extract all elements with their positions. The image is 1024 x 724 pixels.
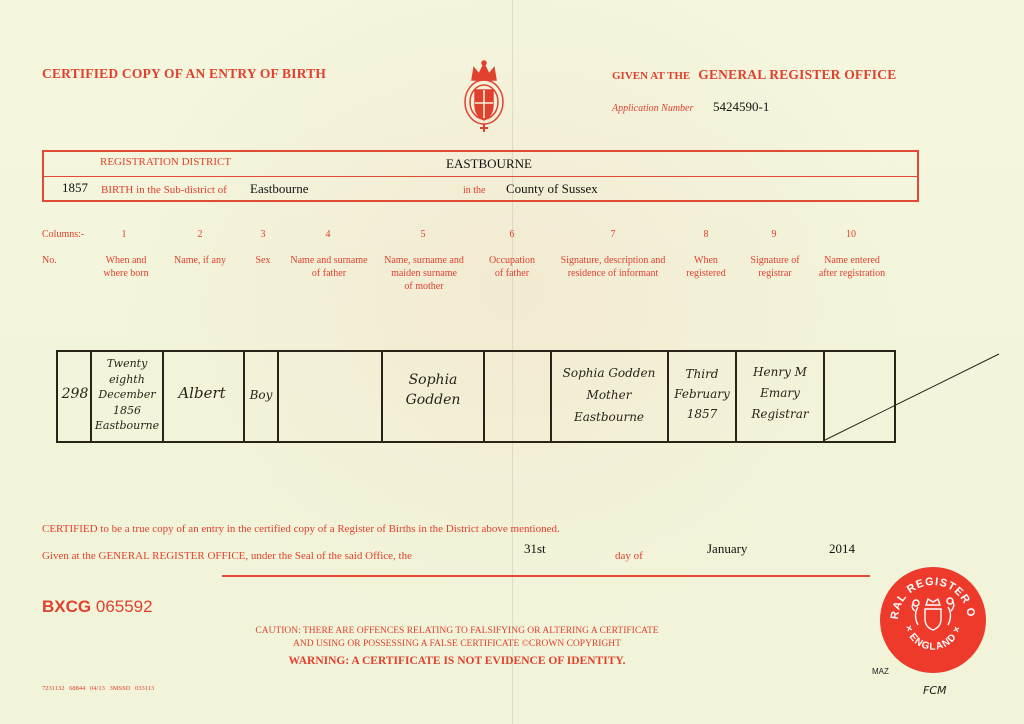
column-header-name: Name, if any — [162, 254, 238, 267]
given-at-line: GIVEN AT THE GENERAL REGISTER OFFICE — [612, 66, 896, 84]
column-header-informant: Signature, description and residence of … — [553, 254, 673, 280]
entry-sex: Boy — [244, 388, 278, 403]
signature-rule — [222, 575, 870, 577]
column-number-3: 3 — [253, 229, 273, 240]
serial-digits: 065592 — [96, 597, 153, 616]
column-header-when-registered: When registered — [676, 254, 736, 280]
column-number-1: 1 — [114, 229, 134, 240]
svg-text:GENERAL REGISTER OFFICE: GENERAL REGISTER OFFICE — [880, 567, 977, 620]
print-code: 7231132 68844 04/13 3MSSD 033113 — [42, 685, 154, 692]
column-number-5: 5 — [413, 229, 433, 240]
general-register-office-seal: GENERAL REGISTER OFFICE × ENGLAND × — [880, 567, 986, 673]
column-header-when-where-born: When and where born — [90, 254, 162, 280]
county-value: County of Sussex — [506, 181, 598, 197]
entry-registrar: Henry M Emary Registrar — [736, 362, 824, 425]
column-number-7: 7 — [603, 229, 623, 240]
certification-day: 31st — [524, 541, 546, 557]
office-name: GENERAL REGISTER OFFICE — [698, 67, 896, 82]
column-number-8: 8 — [696, 229, 716, 240]
entry-number: 298 — [58, 387, 92, 402]
entry-when-registered: Third February 1857 — [668, 364, 736, 424]
identity-warning: WARNING: A CERTIFICATE IS NOT EVIDENCE O… — [222, 655, 692, 667]
certification-year: 2014 — [829, 541, 855, 557]
royal-crest-icon — [462, 60, 506, 141]
initials-maz: MAZ — [872, 667, 889, 676]
district-value: EASTBOURNE — [446, 156, 532, 172]
column-header-name-after: Name entered after registration — [808, 254, 896, 280]
entry-informant: Sophia Godden Mother Eastbourne — [551, 362, 667, 428]
column-header-registrar: Signature of registrar — [738, 254, 812, 280]
subdistrict-value: Eastbourne — [250, 181, 308, 197]
column-header-occupation: Occupation of father — [480, 254, 544, 280]
column-number-2: 2 — [190, 229, 210, 240]
certification-month: January — [707, 541, 747, 557]
application-number: 5424590-1 — [713, 99, 769, 115]
certification-statement: CERTIFIED to be a true copy of an entry … — [42, 523, 560, 535]
column-number-10: 10 — [841, 229, 861, 240]
no-label: No. — [42, 255, 57, 266]
cancellation-stroke — [823, 352, 1003, 442]
column-header-mother: Name, surname and maiden surname of moth… — [376, 254, 472, 293]
column-number-6: 6 — [502, 229, 522, 240]
initials-fcm: FCM — [923, 684, 947, 697]
caution-line-1: CAUTION: THERE ARE OFFENCES RELATING TO … — [222, 625, 692, 638]
application-label: Application Number — [612, 103, 693, 114]
column-number-9: 9 — [764, 229, 784, 240]
certificate-title: CERTIFIED COPY OF AN ENTRY OF BIRTH — [42, 66, 326, 82]
given-at-statement: Given at the GENERAL REGISTER OFFICE, un… — [42, 550, 412, 562]
day-of-label: day of — [615, 550, 643, 562]
entry-name: Albert — [164, 386, 240, 401]
given-at-prefix: GIVEN AT THE — [612, 70, 690, 82]
entry-mother: Sophia Godden — [382, 370, 484, 410]
entry-when-where-born: Twenty eighth December 1856 Eastbourne — [90, 356, 164, 434]
svg-text:× ENGLAND ×: × ENGLAND × — [902, 624, 963, 652]
registration-year: 1857 — [62, 180, 88, 196]
columns-label: Columns:- — [42, 229, 84, 240]
column-number-4: 4 — [318, 229, 338, 240]
caution-line-2: AND USING OR POSSESSING A FALSE CERTIFIC… — [222, 638, 692, 651]
district-label: REGISTRATION DISTRICT — [100, 156, 231, 168]
in-the-label: in the — [463, 185, 486, 196]
column-header-father: Name and surname of father — [280, 254, 378, 280]
serial-prefix: BXCG — [42, 597, 91, 616]
caution-text: CAUTION: THERE ARE OFFENCES RELATING TO … — [222, 625, 692, 651]
subdistrict-label: BIRTH in the Sub-district of — [101, 184, 227, 196]
serial-number: BXCG 065592 — [42, 597, 153, 617]
column-header-sex: Sex — [246, 254, 280, 267]
